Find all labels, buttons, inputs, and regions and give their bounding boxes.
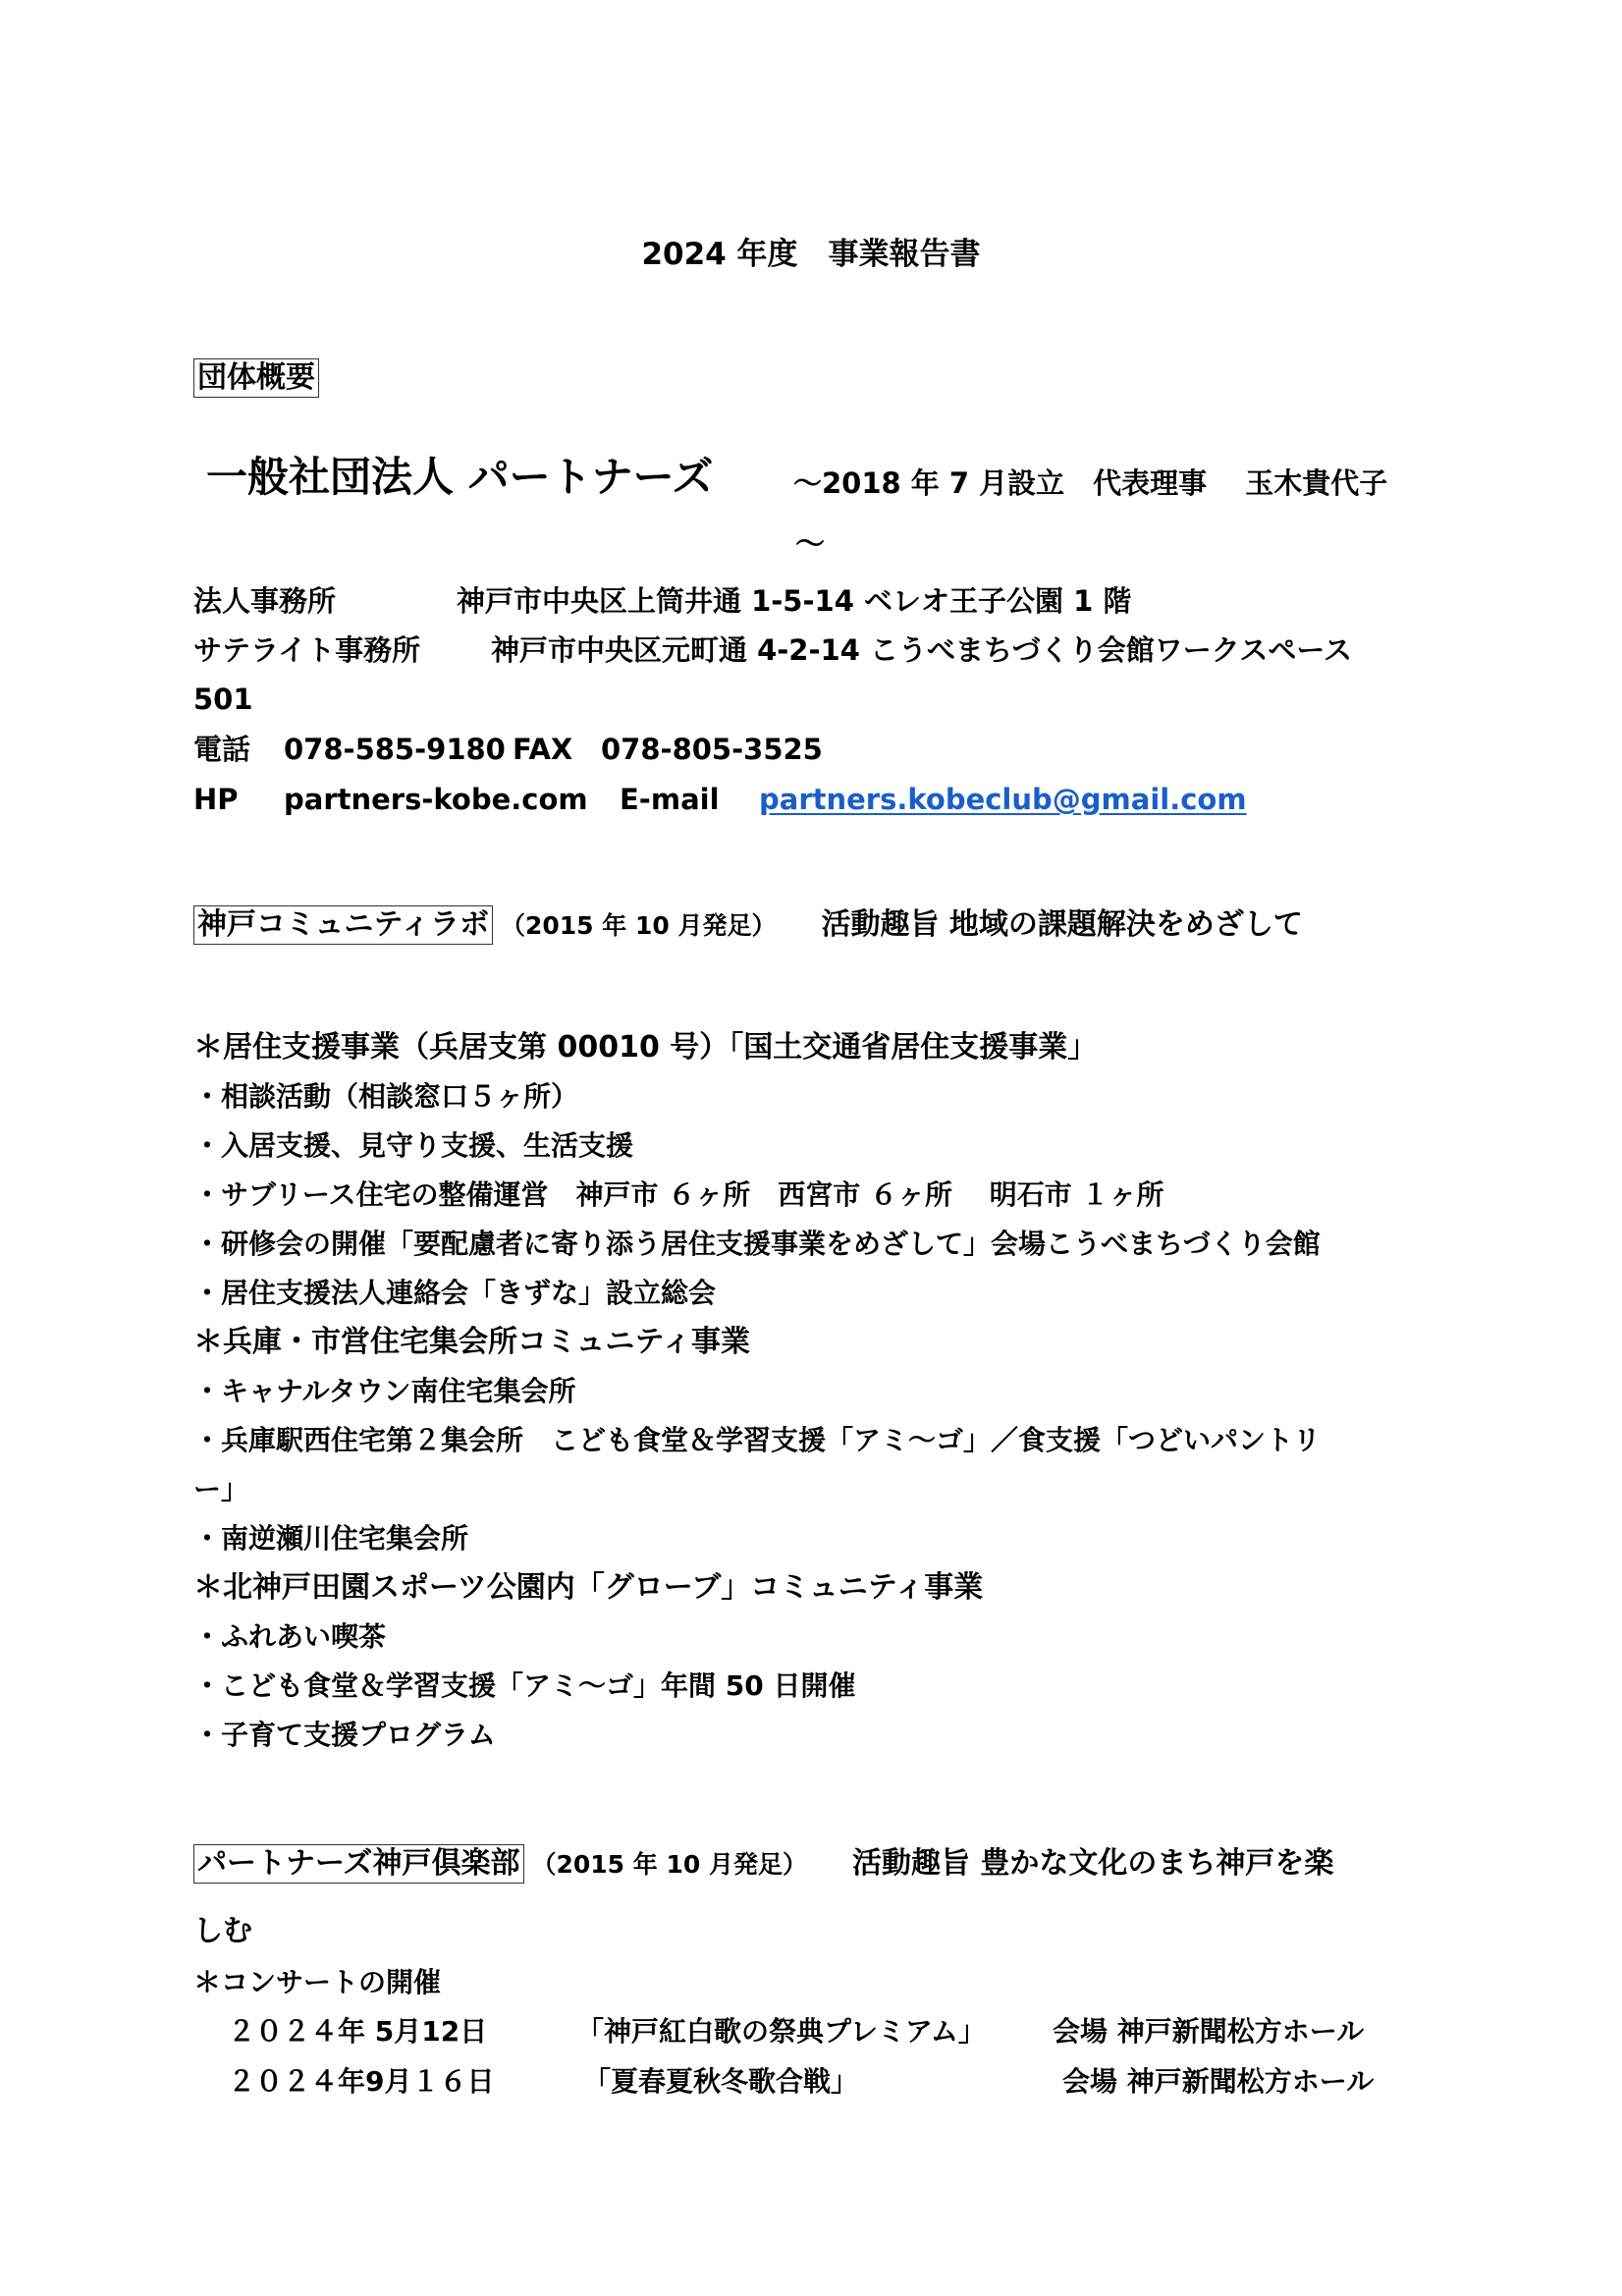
section-heading-overview: 団体概要 [193, 358, 319, 398]
hp-label: HP [193, 786, 284, 814]
phone-number: 078-585-9180 [284, 736, 513, 764]
list-item: ・キャナルタウン南住宅集会所 [193, 1378, 575, 1405]
list-item-star: ＊兵庫・市営住宅集会所コミュニティ事業 [193, 1328, 750, 1357]
list-item: ・サブリース住宅の整備運営 神戸市 ６ヶ所 西宮市 ６ヶ所 明石市 １ヶ所 [193, 1181, 1163, 1209]
fax-label: FAX [513, 736, 601, 764]
list-item-star: ＊北神戸田園スポーツ公園内「グローブ」コミュニティ事業 [193, 1573, 983, 1603]
concert-row: ２０２４年9月１６日「夏春夏秋冬歌合戦」会場 神戸新聞松方ホール [228, 2068, 1374, 2096]
concert-row: ２０２４年 5月12日「神戸紅白歌の祭典プレミアム」会場 神戸新聞松方ホール [228, 2018, 1364, 2046]
email-link[interactable]: partners.kobeclub@gmail.com [759, 783, 1247, 816]
document-page: 2024 年度 事業報告書 団体概要 一般社団法人 パートナーズ ～2018 年… [0, 0, 1622, 2296]
concert-date: ２０２４年9月１６日 [228, 2068, 583, 2096]
list-item: ・子育て支援プログラム [193, 1722, 496, 1749]
list-item-wrap: ー」 [193, 1476, 248, 1503]
list-item: ・ふれあい喫茶 [193, 1623, 386, 1651]
kobe-club-purpose: 活動趣旨 豊かな文化のまち神戸を楽 [852, 1846, 1333, 1881]
list-item: ・入居支援、見守り支援、生活支援 [193, 1132, 633, 1160]
hp-url: partners-kobe.com [284, 786, 620, 814]
kobe-club-founded: （2015 年 10 月発足） [532, 1850, 807, 1879]
web-email-line: HPpartners-kobe.comE-mailpartners.kobecl… [193, 786, 1247, 814]
concert-heading: ＊コンサートの開催 [193, 1969, 441, 1996]
section-heading-kobe-club: パートナーズ神戸倶楽部（2015 年 10 月発足）活動趣旨 豊かな文化のまち神… [193, 1844, 1333, 1884]
list-item: ・相談活動（相談窓口５ヶ所） [193, 1083, 578, 1111]
list-item: ・兵庫駅西住宅第２集会所 こども食堂＆学習支援「アミ～ゴ」／食支援「つどいパント… [193, 1427, 1321, 1454]
document-title: 2024 年度 事業報告書 [0, 240, 1622, 270]
org-tail-wrap: ～ [795, 530, 825, 560]
head-office-address: 神戸市中央区上筒井通 1-5-14 ベレオ王子公園 1 階 [457, 584, 1131, 618]
head-office-line: 法人事務所神戸市中央区上筒井通 1-5-14 ベレオ王子公園 1 階 [193, 587, 1131, 616]
head-office-label: 法人事務所 [193, 587, 457, 616]
satellite-office-line: サテライト事務所神戸市中央区元町通 4-2-14 こうべまちづくり会館ワークスペ… [193, 636, 1352, 665]
concert-title: 「神戸紅白歌の祭典プレミアム」 [576, 2018, 1053, 2046]
email-label: E-mail [620, 786, 759, 814]
section-heading-community-lab: 神戸コミュニティラボ（2015 年 10 月発足）活動趣旨 地域の課題解決をめざ… [193, 905, 1303, 945]
list-item: ・南逆瀬川住宅集会所 [193, 1525, 468, 1553]
list-item-star: ＊居住支援事業（兵居支第 00010 号）「国土交通省居住支援事業」 [193, 1033, 1097, 1063]
kobe-club-purpose-wrap: しむ [193, 1917, 252, 1946]
community-lab-founded: （2015 年 10 月発足） [501, 911, 776, 940]
concert-venue: 会場 神戸新聞松方ホール [1062, 2068, 1374, 2096]
kobe-club-heading-box: パートナーズ神戸倶楽部 [193, 1844, 524, 1884]
fax-number: 078-805-3525 [601, 733, 823, 766]
satellite-address-wrap: 501 [193, 685, 253, 714]
list-item: ・研修会の開催「要配慮者に寄り添う居住支援事業をめざして」会場こうべまちづくり会… [193, 1230, 1321, 1258]
concert-venue: 会場 神戸新聞松方ホール [1053, 2018, 1364, 2046]
community-lab-purpose: 活動趣旨 地域の課題解決をめざして [821, 907, 1302, 942]
satellite-office-address: 神戸市中央区元町通 4-2-14 こうべまちづくり会館ワークスペース [491, 633, 1352, 667]
list-item: ・居住支援法人連絡会「きずな」設立総会 [193, 1280, 716, 1307]
list-item: ・こども食堂＆学習支援「アミ～ゴ」年間 50 日開催 [193, 1672, 855, 1700]
org-founding-representative: ～2018 年 7 月設立 代表理事 玉木貴代子 [793, 469, 1387, 498]
community-lab-heading-box: 神戸コミュニティラボ [193, 905, 493, 945]
phone-label: 電話 [193, 736, 284, 764]
concert-title: 「夏春夏秋冬歌合戦」 [583, 2068, 1062, 2096]
phone-fax-line: 電話078-585-9180FAX078-805-3525 [193, 736, 823, 764]
satellite-office-label: サテライト事務所 [193, 636, 491, 665]
concert-date: ２０２４年 5月12日 [228, 2018, 576, 2046]
org-name: 一般社団法人 パートナーズ [206, 457, 714, 498]
overview-heading-box: 団体概要 [193, 358, 319, 398]
